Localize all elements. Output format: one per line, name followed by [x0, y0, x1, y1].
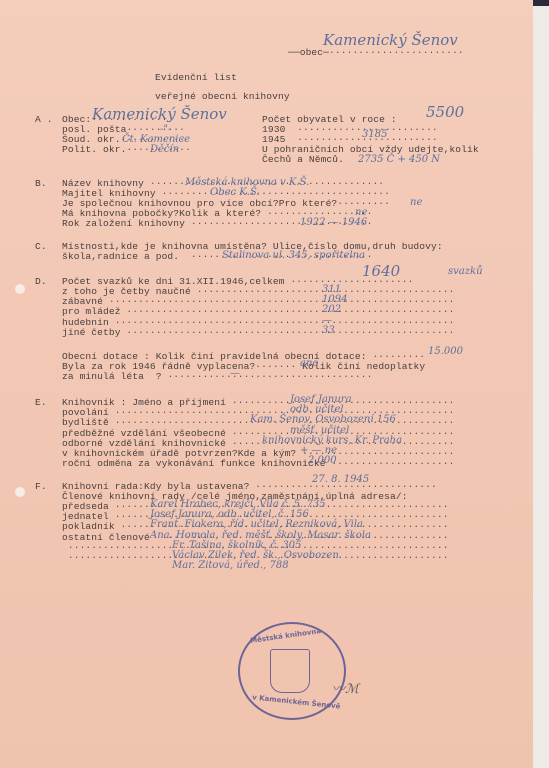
- established-value: 27. 8. 1945: [312, 474, 369, 485]
- municipality-handwritten: Kamenický Šenov: [323, 35, 458, 46]
- polit-value: Děčín: [150, 144, 179, 155]
- founded-value: 1922 — 1946: [300, 217, 367, 228]
- paid-value: ano: [300, 358, 318, 369]
- obec-value: Kamenický Šenov: [92, 109, 227, 120]
- border-note-line2: Čechů a Němců.: [262, 155, 344, 165]
- title-line1: Evidenční list: [155, 73, 237, 83]
- librarian-row: roční odměna za vykonávání funkce knihov…: [62, 459, 454, 469]
- municipality-label: ──obec─·······················: [288, 48, 464, 58]
- librarian-row-value: 2.000: [308, 455, 337, 466]
- section-b-letter: B.: [35, 179, 47, 189]
- volumes-row-value: 33: [322, 325, 335, 336]
- shared-value: ne: [410, 197, 422, 208]
- arrears-value: —: [230, 368, 240, 379]
- value-1945: 3185: [362, 129, 387, 140]
- stamp-top-text: Městská knihovna: [250, 627, 322, 645]
- punch-hole: [15, 487, 25, 497]
- arrears-field: za minulá léta ? ·······················…: [62, 372, 372, 382]
- rooms-value: Stalinova ul. 345, spořitelna: [222, 250, 365, 261]
- scan-edge: [533, 0, 549, 6]
- volumes-unit: svazků: [448, 266, 483, 277]
- volumes-row: jiné četby ·····························…: [62, 328, 454, 338]
- library-stamp: Městská knihovna v Kamenickém Šenově: [238, 622, 346, 720]
- punch-hole: [15, 284, 25, 294]
- stamp-bottom-text: v Kamenickém Šenově: [252, 693, 341, 710]
- population-value: 5500: [426, 107, 464, 118]
- border-note-value: 2735 Č + 450 N: [358, 154, 440, 165]
- subsidy-value: 15.000: [428, 346, 463, 357]
- section-c-letter: C.: [35, 242, 47, 252]
- council-member-value: Mar. Zitová, úřed., 788: [172, 560, 289, 571]
- volumes-total-value: 1640: [362, 266, 400, 277]
- section-a-letter: A .: [35, 115, 53, 125]
- title-line2: veřejné obecní knihovny: [155, 92, 290, 102]
- coat-of-arms-icon: [270, 649, 310, 693]
- owner-value: Obec K.Š.: [210, 187, 260, 198]
- section-d-letter: D.: [35, 277, 47, 287]
- signature: 〰ℳ: [332, 678, 359, 697]
- section-f-letter: F.: [35, 482, 47, 492]
- section-e-letter: E.: [35, 398, 47, 408]
